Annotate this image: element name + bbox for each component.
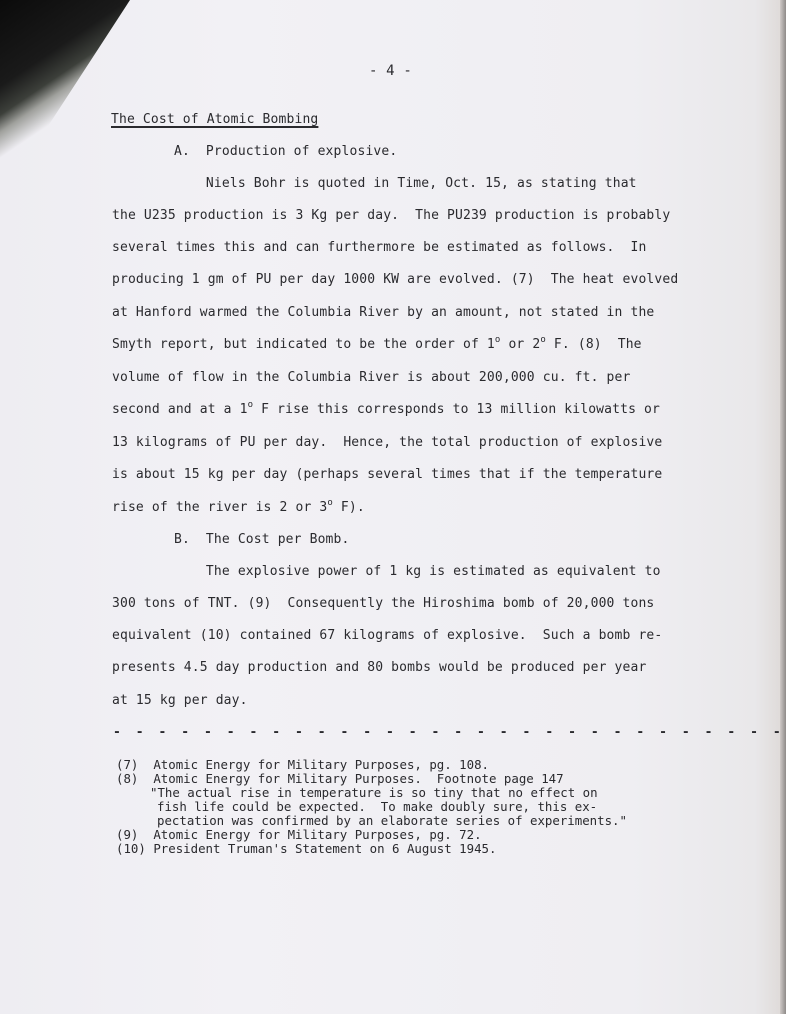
footnote-separator: - - - - - - - - - - - - - - - - - - - - … [113,725,786,741]
paragraph-line: the U235 production is 3 Kg per day. The… [112,208,670,224]
scan-corner-shadow [0,0,130,200]
footnote-8: (8) Atomic Energy for Military Purposes.… [116,772,564,786]
footnote-9: (9) Atomic Energy for Military Purposes,… [116,828,482,842]
document-title: The Cost of Atomic Bombing [111,112,318,128]
page-right-edge [780,0,786,1014]
paragraph-line: The explosive power of 1 kg is estimated… [174,564,661,580]
footnote-8-quote-line: fish life could be expected. To make dou… [157,800,597,814]
paragraph-line: rise of the river is 2 or 3o F). [112,500,365,516]
paragraph-line: volume of flow in the Columbia River is … [112,370,630,386]
section-b-heading: B. The Cost per Bomb. [174,532,350,548]
document-page: - 4 - The Cost of Atomic Bombing A. Prod… [0,0,786,1014]
footnote-8-quote-line: pectation was confirmed by an elaborate … [157,814,627,828]
paragraph-line: is about 15 kg per day (perhaps several … [112,467,662,483]
paragraph-line: presents 4.5 day production and 80 bombs… [112,660,646,676]
paragraph-line: second and at a 1o F rise this correspon… [112,402,660,418]
paragraph-line: Niels Bohr is quoted in Time, Oct. 15, a… [174,176,637,192]
paragraph-line: producing 1 gm of PU per day 1000 KW are… [112,272,678,288]
paragraph-line: 13 kilograms of PU per day. Hence, the t… [112,435,662,451]
paragraph-line: equivalent (10) contained 67 kilograms o… [112,628,662,644]
page-number: - 4 - [369,63,412,79]
paragraph-line: 300 tons of TNT. (9) Consequently the Hi… [112,596,654,612]
paragraph-line: at Hanford warmed the Columbia River by … [112,305,654,321]
footnote-7: (7) Atomic Energy for Military Purposes,… [116,758,489,772]
footnote-10: (10) President Truman's Statement on 6 A… [116,842,496,856]
section-a-heading: A. Production of explosive. [174,144,397,160]
paragraph-line: Smyth report, but indicated to be the or… [112,337,642,353]
paragraph-line: at 15 kg per day. [112,693,248,709]
paragraph-line: several times this and can furthermore b… [112,240,646,256]
footnote-8-quote-line: "The actual rise in temperature is so ti… [150,786,598,800]
